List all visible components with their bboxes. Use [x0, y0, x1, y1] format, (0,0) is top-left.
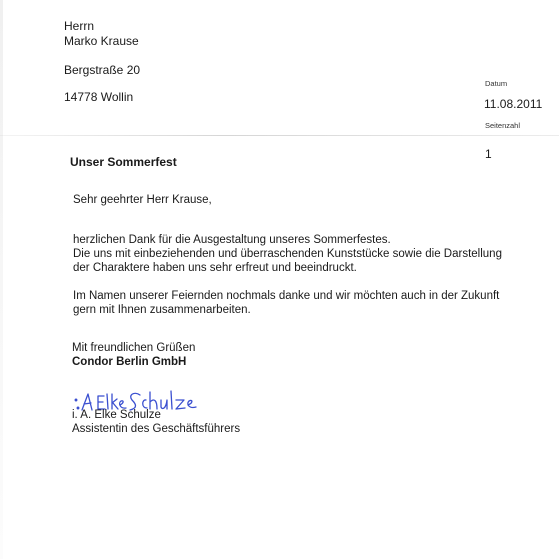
company-name: Condor Berlin GmbH: [72, 355, 186, 370]
signer-name: i. A. Elke Schulze: [72, 408, 161, 423]
recipient-street: Bergstraße 20: [64, 63, 140, 78]
recipient-salutation: Herrn: [64, 19, 94, 34]
letter-closing: Mit freundlichen Grüßen: [72, 341, 195, 356]
page-number: 1: [485, 147, 492, 162]
signer-title: Assistentin des Geschäftsführers: [72, 422, 240, 437]
paragraph2-line: gern mit Ihnen zusammenarbeiten.: [73, 303, 251, 318]
letter-greeting: Sehr geehrter Herr Krause,: [73, 193, 212, 208]
paragraph1-line: der Charaktere haben uns sehr erfreut un…: [73, 261, 357, 276]
letter-subject: Unser Sommerfest: [70, 155, 177, 170]
paragraph1-line: Die uns mit einbeziehenden und überrasch…: [73, 247, 502, 262]
recipient-name: Marko Krause: [64, 34, 139, 49]
paragraph2-line: Im Namen unserer Feiernden nochmals dank…: [73, 289, 499, 304]
recipient-city: 14778 Wollin: [64, 90, 133, 105]
date-value: 11.08.2011: [484, 97, 542, 112]
scan-edge: [0, 0, 3, 559]
fold-line: [0, 135, 559, 136]
date-label: Datum: [485, 79, 507, 88]
page-label: Seitenzahl: [485, 121, 520, 130]
paragraph1-line: herzlichen Dank für die Ausgestaltung un…: [73, 233, 391, 248]
